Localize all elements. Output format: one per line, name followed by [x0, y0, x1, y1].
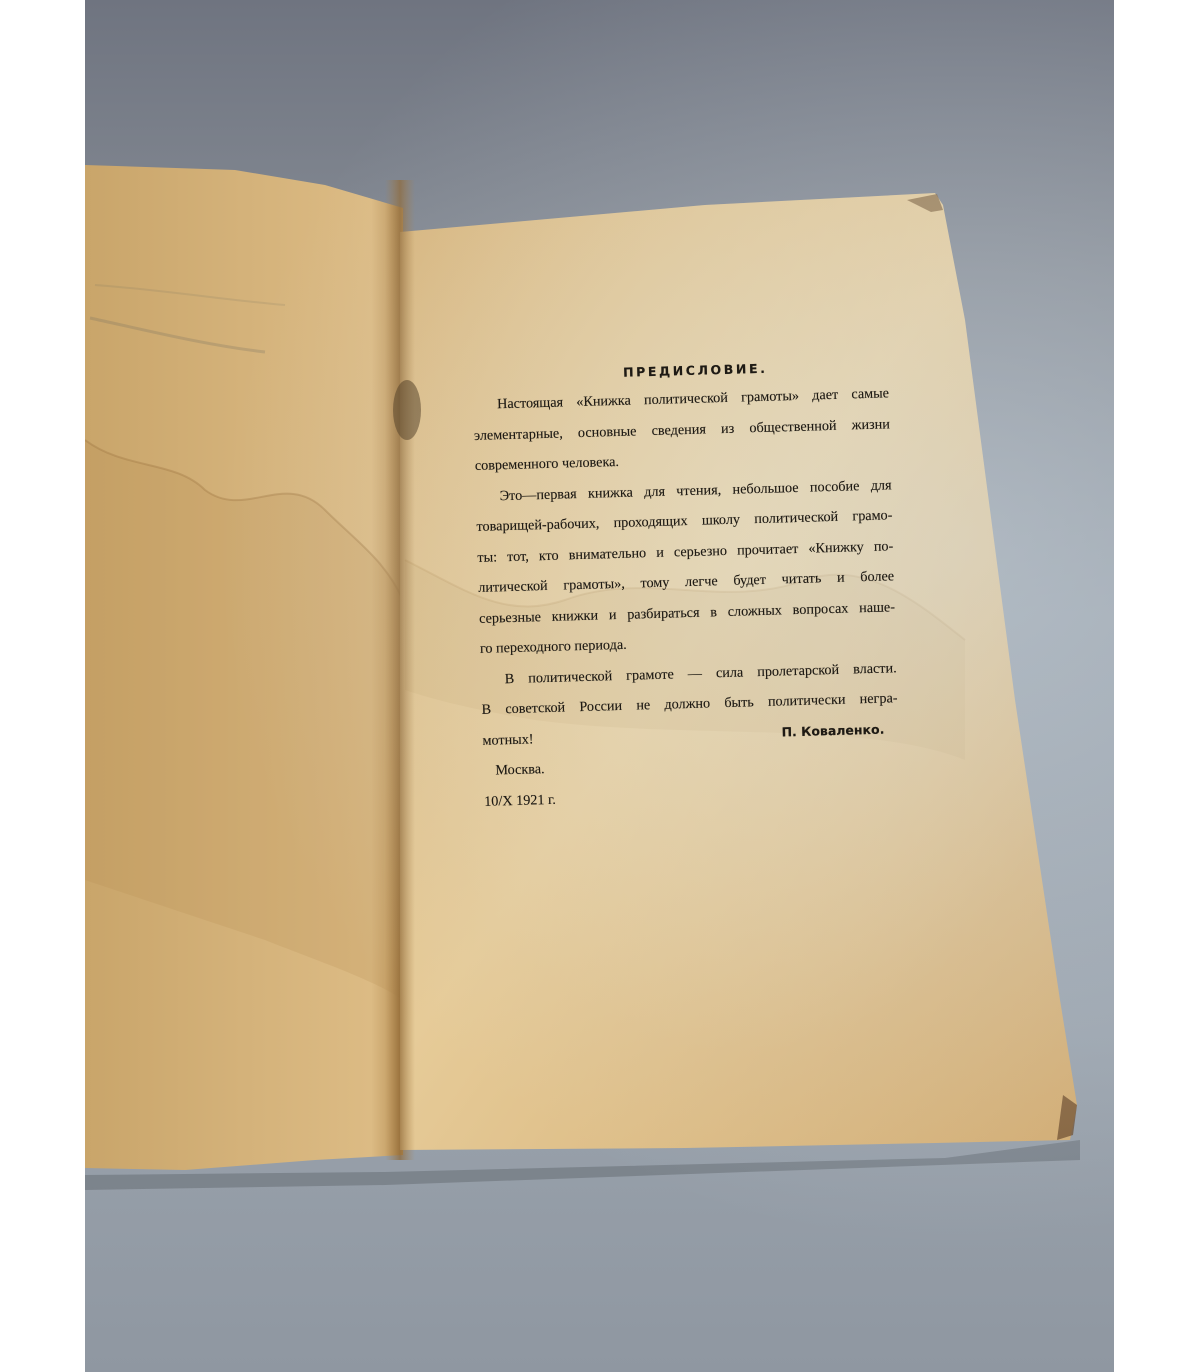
spine-stain — [393, 380, 421, 440]
book-spine — [385, 180, 415, 1160]
text-line: мотных! — [482, 724, 534, 756]
paragraph-2: Это—первая книжка для чтения, небольшое … — [475, 470, 896, 665]
preface-text: ПРЕДИСЛОВИЕ. Настоящая «Книжка политичес… — [472, 352, 900, 816]
author-signature: П. Коваленко. — [781, 714, 899, 748]
paragraph-1: Настоящая «Книжка политической грамоты» … — [473, 378, 891, 481]
